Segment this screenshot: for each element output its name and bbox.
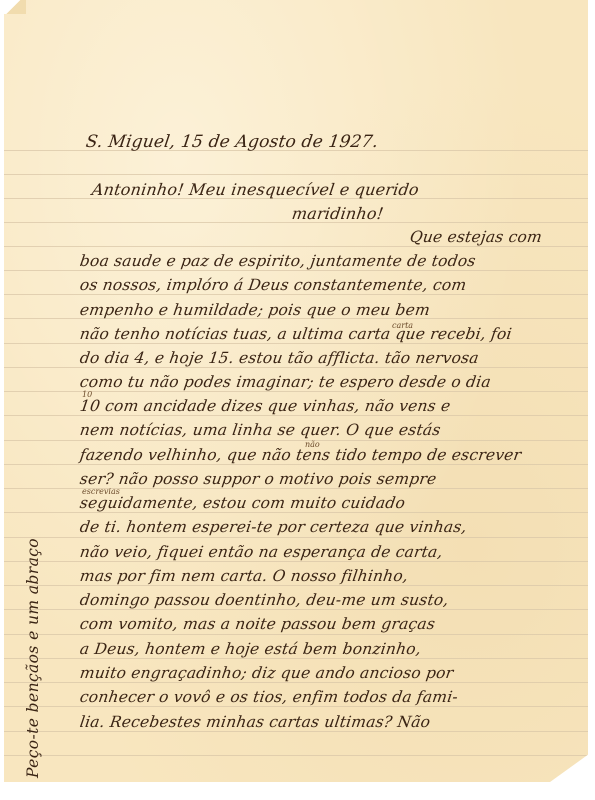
letter-line: conhecer o vovô e os tios, enfim todos d… bbox=[79, 688, 459, 706]
ruled-line bbox=[4, 537, 588, 538]
interlinear-note: não bbox=[305, 440, 320, 449]
salutation: Antoninho! Meu inesquecível e querido bbox=[91, 180, 421, 199]
letter-line: fazendo velhinho, que não tens tido temp… bbox=[79, 446, 523, 464]
letter-line: não veio, fiquei então na esperança de c… bbox=[79, 543, 444, 561]
letter-line: com vomito, mas a noite passou bem graça… bbox=[79, 615, 437, 633]
letter-line: lia. Recebestes minhas cartas ultimas? N… bbox=[79, 713, 432, 731]
letter-line: os nossos, implóro á Deus constantemente… bbox=[79, 276, 468, 294]
salutation-continued: maridinho! bbox=[291, 204, 385, 223]
ruled-line bbox=[4, 343, 588, 344]
ruled-line bbox=[4, 634, 588, 635]
letter-line: não tenho notícias tuas, a ultima carta … bbox=[79, 325, 513, 343]
dateline: S. Miguel, 15 de Agosto de 1927. bbox=[85, 132, 380, 152]
ruled-line bbox=[4, 174, 588, 175]
ruled-line bbox=[4, 464, 588, 465]
ruled-line bbox=[4, 658, 588, 659]
ruled-line bbox=[4, 706, 588, 707]
margin-note: Peço-te bençãos e um abraço bbox=[24, 538, 42, 778]
ruled-line bbox=[4, 609, 588, 610]
ruled-line bbox=[4, 682, 588, 683]
ruled-line bbox=[4, 270, 588, 271]
letter-line: domingo passou doentinho, deu-me um sust… bbox=[79, 591, 450, 609]
ruled-line bbox=[4, 585, 588, 586]
letter-line: 10 com ancidade dizes que vinhas, não ve… bbox=[79, 397, 452, 415]
ruled-line bbox=[4, 440, 588, 441]
ruled-line bbox=[4, 246, 588, 247]
interlinear-note: 10 bbox=[82, 390, 92, 399]
ruled-line bbox=[4, 755, 588, 756]
letter-line: mas por fim nem carta. O nosso filhinho, bbox=[79, 567, 410, 585]
letter-line: nem notícias, uma linha se quer. O que e… bbox=[79, 421, 442, 439]
letter-line: empenho e humildade; pois que o meu bem bbox=[79, 301, 432, 319]
letter-line: boa saude e paz de espirito, juntamente … bbox=[79, 252, 477, 270]
ruled-line bbox=[4, 561, 588, 562]
letter-line: a Deus, hontem e hoje está bem bonzinho, bbox=[79, 640, 423, 658]
folded-corner bbox=[4, 0, 26, 14]
letter-line: como tu não podes imaginar; te espero de… bbox=[79, 373, 492, 391]
letter-line: seguidamente, estou com muito cuidado bbox=[79, 494, 407, 512]
interlinear-note: escrevias bbox=[82, 487, 120, 496]
letter-line: ser? não posso suppor o motivo pois semp… bbox=[79, 470, 438, 488]
ruled-line bbox=[4, 415, 588, 416]
letter-line: muito engraçadinho; diz que ando ancioso… bbox=[79, 664, 455, 682]
ruled-line bbox=[4, 512, 588, 513]
letter-line: de ti. hontem esperei-te por certeza que… bbox=[79, 518, 468, 536]
letter-line: do dia 4, e hoje 15. estou tão afflicta.… bbox=[79, 349, 480, 367]
ruled-line bbox=[4, 731, 588, 732]
ruled-line bbox=[4, 294, 588, 295]
letter-line: Que estejas com bbox=[409, 228, 543, 246]
ruled-line bbox=[4, 367, 588, 368]
interlinear-note: carta bbox=[392, 321, 413, 330]
